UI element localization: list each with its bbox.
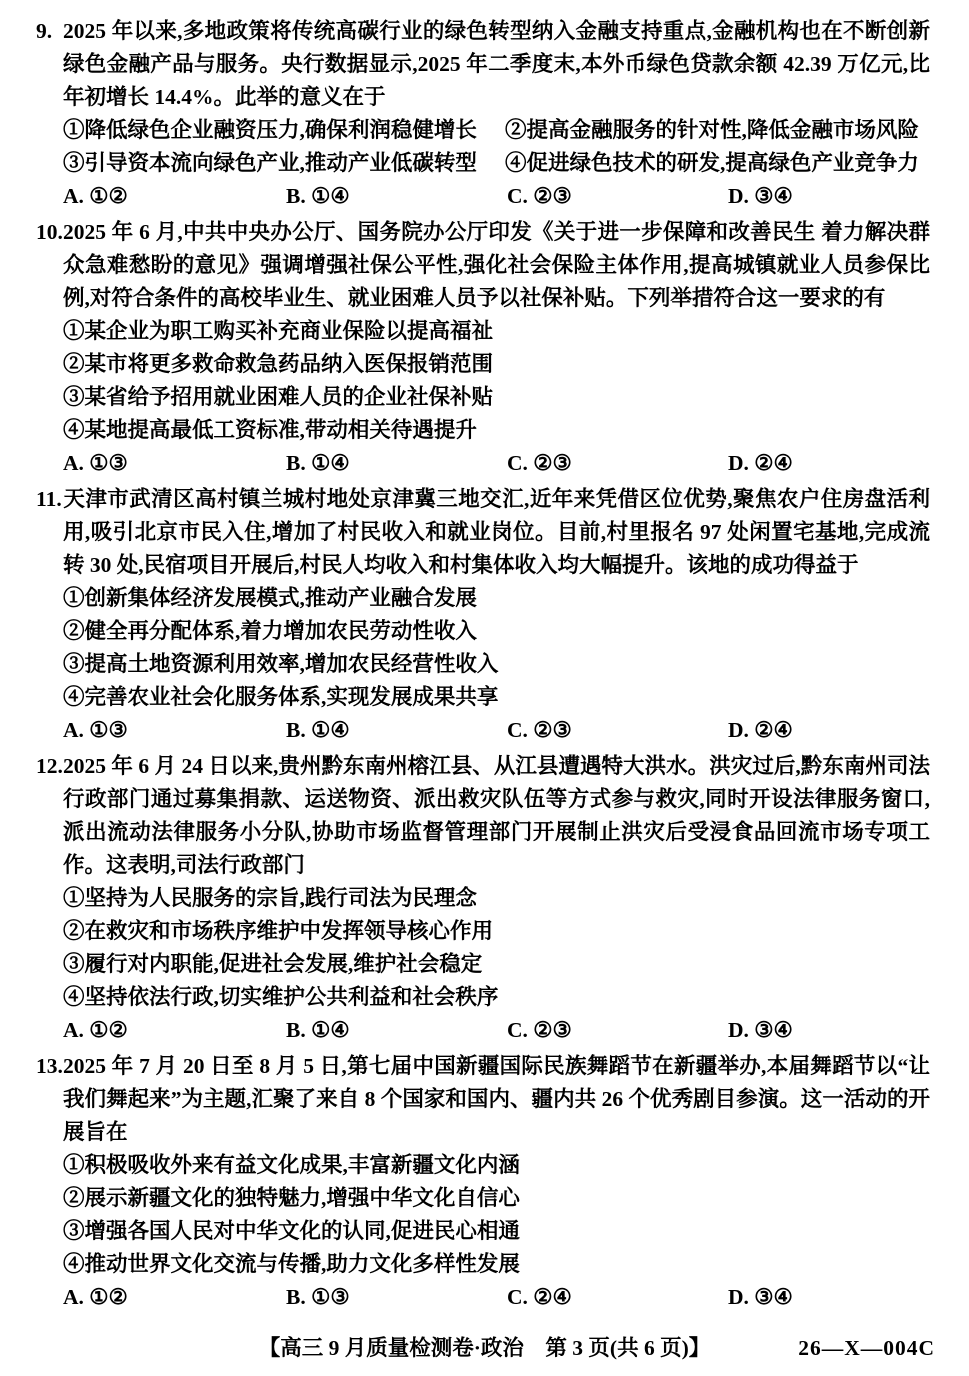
choice-row: A. ①② B. ①③ C. ②④ D. ③④	[63, 1281, 930, 1314]
choice-row: A. ①③ B. ①④ C. ②③ D. ②④	[63, 447, 930, 480]
question-11: 11.天津市武清区高村镇兰城村地处京津冀三地交汇,近年来凭借区位优势,聚焦农户住…	[36, 483, 930, 747]
statement-4: ④坚持依法行政,切实维护公共利益和社会秩序	[63, 981, 930, 1014]
choice-row: A. ①② B. ①④ C. ②③ D. ③④	[63, 1014, 930, 1047]
statement-list: ①创新集体经济发展模式,推动产业融合发展 ②健全再分配体系,着力增加农民劳动性收…	[63, 582, 930, 714]
statement-1: ①降低绿色企业融资压力,确保利润稳健增长	[63, 114, 505, 147]
question-stem: 13.2025 年 7 月 20 日至 8 月 5 日,第七届中国新疆国际民族舞…	[36, 1050, 930, 1149]
statement-list: ①积极吸收外来有益文化成果,丰富新疆文化内涵 ②展示新疆文化的独特魅力,增强中华…	[63, 1149, 930, 1281]
question-stem: 10.2025 年 6 月,中共中央办公厅、国务院办公厅印发《关于进一步保障和改…	[36, 216, 930, 315]
statement-1: ①创新集体经济发展模式,推动产业融合发展	[63, 582, 930, 615]
statement-3: ③引导资本流向绿色产业,推动产业低碳转型	[63, 147, 505, 180]
statement-2: ②某市将更多救命救急药品纳入医保报销范围	[63, 348, 930, 381]
statement-list: ①某企业为职工购买补充商业保险以提高福祉 ②某市将更多救命救急药品纳入医保报销范…	[63, 315, 930, 447]
question-number: 9.	[36, 15, 63, 48]
question-number: 10.	[36, 216, 63, 249]
statement-1: ①积极吸收外来有益文化成果,丰富新疆文化内涵	[63, 1149, 930, 1182]
choice-b: B. ①④	[286, 447, 507, 480]
question-stem: 12.2025 年 6 月 24 日以来,贵州黔东南州榕江县、从江县遭遇特大洪水…	[36, 750, 930, 882]
choice-b: B. ①④	[286, 1014, 507, 1047]
question-13: 13.2025 年 7 月 20 日至 8 月 5 日,第七届中国新疆国际民族舞…	[36, 1050, 930, 1314]
choice-b: B. ①④	[286, 180, 507, 213]
statement-4: ④完善农业社会化服务体系,实现发展成果共享	[63, 681, 930, 714]
choice-a: A. ①③	[63, 714, 286, 747]
paper-code: 26—X—004C	[798, 1332, 935, 1365]
choice-a: A. ①②	[63, 1014, 286, 1047]
statement-3: ③提高土地资源利用效率,增加农民经营性收入	[63, 648, 930, 681]
choice-row: A. ①② B. ①④ C. ②③ D. ③④	[63, 180, 930, 213]
choice-a: A. ①②	[63, 180, 286, 213]
choice-d: D. ③④	[728, 1014, 930, 1047]
question-number: 11.	[36, 483, 63, 516]
choice-d: D. ②④	[728, 714, 930, 747]
statement-2: ②健全再分配体系,着力增加农民劳动性收入	[63, 615, 930, 648]
question-stem-text: 2025 年 6 月 24 日以来,贵州黔东南州榕江县、从江县遭遇特大洪水。洪灾…	[63, 754, 930, 877]
choice-d: D. ③④	[728, 180, 930, 213]
choice-b: B. ①④	[286, 714, 507, 747]
choice-c: C. ②③	[507, 180, 728, 213]
question-number: 13.	[36, 1050, 63, 1083]
statement-1: ①坚持为人民服务的宗旨,践行司法为民理念	[63, 882, 930, 915]
question-stem-text: 2025 年以来,多地政策将传统高碳行业的绿色转型纳入金融支持重点,金融机构也在…	[63, 19, 930, 109]
choice-c: C. ②③	[507, 714, 728, 747]
question-stem-text: 天津市武清区高村镇兰城村地处京津冀三地交汇,近年来凭借区位优势,聚焦农户住房盘活…	[63, 487, 930, 577]
statement-3: ③履行对内职能,促进社会发展,维护社会稳定	[63, 948, 930, 981]
statement-2: ②展示新疆文化的独特魅力,增强中华文化自信心	[63, 1182, 930, 1215]
choice-d: D. ②④	[728, 447, 930, 480]
statement-4: ④促进绿色技术的研发,提高绿色产业竞争力	[505, 147, 930, 180]
statement-list: ①降低绿色企业融资压力,确保利润稳健增长 ②提高金融服务的针对性,降低金融市场风…	[63, 114, 930, 180]
statement-3: ③增强各国人民对中华文化的认同,促进民心相通	[63, 1215, 930, 1248]
statement-1: ①某企业为职工购买补充商业保险以提高福祉	[63, 315, 930, 348]
question-9: 9.2025 年以来,多地政策将传统高碳行业的绿色转型纳入金融支持重点,金融机构…	[36, 15, 930, 213]
choice-a: A. ①③	[63, 447, 286, 480]
choice-d: D. ③④	[728, 1281, 930, 1314]
statement-4: ④推动世界文化交流与传播,助力文化多样性发展	[63, 1248, 930, 1281]
statement-2: ②提高金融服务的针对性,降低金融市场风险	[505, 114, 930, 147]
choice-row: A. ①③ B. ①④ C. ②③ D. ②④	[63, 714, 930, 747]
question-stem-text: 2025 年 6 月,中共中央办公厅、国务院办公厅印发《关于进一步保障和改善民生…	[63, 220, 930, 310]
page-footer: 【高三 9 月质量检测卷·政治 第 3 页(共 6 页)】 26—X—004C	[0, 1332, 969, 1365]
question-stem-text: 2025 年 7 月 20 日至 8 月 5 日,第七届中国新疆国际民族舞蹈节在…	[63, 1054, 930, 1144]
question-stem: 9.2025 年以来,多地政策将传统高碳行业的绿色转型纳入金融支持重点,金融机构…	[36, 15, 930, 114]
statement-3: ③某省给予招用就业困难人员的企业社保补贴	[63, 381, 930, 414]
question-12: 12.2025 年 6 月 24 日以来,贵州黔东南州榕江县、从江县遭遇特大洪水…	[36, 750, 930, 1047]
exam-paper-page: 9.2025 年以来,多地政策将传统高碳行业的绿色转型纳入金融支持重点,金融机构…	[0, 0, 969, 1376]
statement-2: ②在救灾和市场秩序维护中发挥领导核心作用	[63, 915, 930, 948]
statement-4: ④某地提高最低工资标准,带动相关待遇提升	[63, 414, 930, 447]
question-area: 9.2025 年以来,多地政策将传统高碳行业的绿色转型纳入金融支持重点,金融机构…	[36, 15, 930, 1317]
question-number: 12.	[36, 750, 63, 783]
choice-c: C. ②④	[507, 1281, 728, 1314]
question-stem: 11.天津市武清区高村镇兰城村地处京津冀三地交汇,近年来凭借区位优势,聚焦农户住…	[36, 483, 930, 582]
choice-b: B. ①③	[286, 1281, 507, 1314]
statement-list: ①坚持为人民服务的宗旨,践行司法为民理念 ②在救灾和市场秩序维护中发挥领导核心作…	[63, 882, 930, 1014]
choice-a: A. ①②	[63, 1281, 286, 1314]
choice-c: C. ②③	[507, 447, 728, 480]
choice-c: C. ②③	[507, 1014, 728, 1047]
question-10: 10.2025 年 6 月,中共中央办公厅、国务院办公厅印发《关于进一步保障和改…	[36, 216, 930, 480]
